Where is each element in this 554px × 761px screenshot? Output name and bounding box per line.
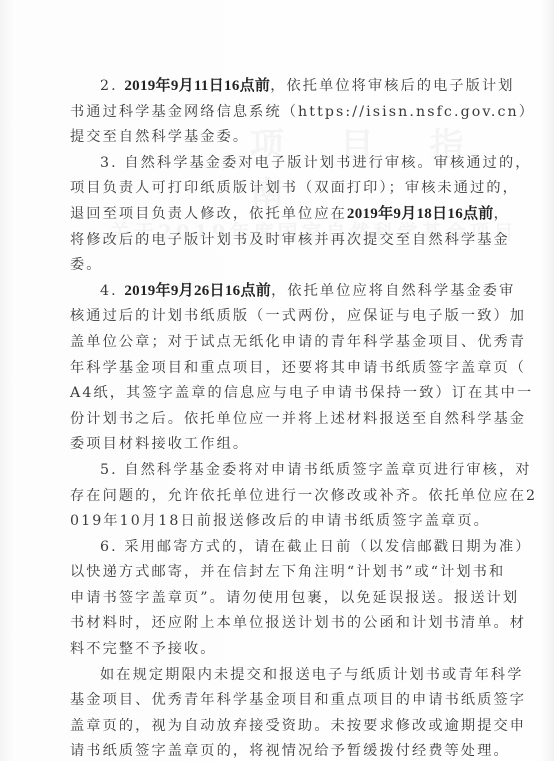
text-line: 盖章页的，视为自动放弃接受资助。未按要求修改或逾期提交申 [70, 714, 475, 740]
text-line: 申请书签字盖章页”。请勿使用包裹，以免延误报送。报送计划 [70, 586, 475, 612]
text-line: 3. 自然科学基金委对电子版计划书进行审核。审核通过的， [70, 151, 475, 177]
paragraph-item-5: 5. 自然科学基金委将对申请书纸质签字盖章页进行审核，对 存在问题的，允许依托单… [70, 458, 475, 535]
deadline-date: 2019年9月18日16点前 [347, 206, 494, 222]
paragraph-item-2: 2. 2019年9月11日16点前，依托单位将审核后的电子版计划 书通过科学基金… [70, 74, 475, 151]
text-line: 019年10月18日前报送修改后的申请书纸质签字盖章页。 [70, 509, 475, 535]
text-line: 盖单位公章；对于试点无纸化申请的青年科学基金项目、优秀青 [70, 330, 475, 356]
text-line: A4纸，其签字盖章的信息应与电子申请书保持一致）订在其中一 [70, 381, 475, 407]
text-line: 份计划书之后。依托单位应一并将上述材料报送至自然科学基金 [70, 407, 475, 433]
line-text: ， [494, 206, 510, 222]
text-line: 请书纸质签字盖章页的，将视情况给予暂缓拨付经费等处理。 [70, 739, 475, 761]
text-line: 年科学基金项目和重点项目，还要将其申请书纸质签字盖章页（ [70, 356, 475, 382]
text-line: 存在问题的，允许依托单位进行一次修改或补齐。依托单位应在2 [70, 484, 475, 510]
item-number: 4. [100, 283, 124, 299]
text-line: 委。 [70, 253, 475, 279]
deadline-date: 2019年9月11日16点前 [124, 78, 270, 94]
text-line: 提交至自然科学基金委。 [70, 125, 475, 151]
text-line: 书材料时，还应附上本单位报送计划书的公函和计划书清单。材 [70, 611, 475, 637]
paragraph-item-6: 6. 采用邮寄方式的，请在截止日前（以发信邮戳日期为准） 以快递方式邮寄，并在信… [70, 535, 475, 663]
text-line: 项目负责人可打印纸质版计划书（双面打印）；审核未通过的， [70, 176, 475, 202]
text-line: 基金项目、优秀青年科学基金项目和重点项目的申请书纸质签字 [70, 688, 475, 714]
text-line: 退回至项目负责人修改，依托单位应在2019年9月18日16点前， [70, 202, 475, 228]
line-text: 退回至项目负责人修改，依托单位应在 [70, 206, 347, 222]
text-line: 委项目材料接收工作组。 [70, 432, 475, 458]
text-line: 如在规定期限内未提交和报送电子与纸质计划书或青年科学 [70, 663, 475, 689]
text-line: 4. 2019年9月26日16点前，依托单位应将自然科学基金委审 [70, 279, 475, 305]
deadline-date: 2019年9月26日16点前 [124, 283, 271, 299]
text-line: 将修改后的电子版计划书及时审核并再次提交至自然科学基金 [70, 228, 475, 254]
line-text: ，依托单位应将自然科学基金委审 [271, 283, 515, 299]
paragraph-closing: 如在规定期限内未提交和报送电子与纸质计划书或青年科学 基金项目、优秀青年科学基金… [70, 663, 475, 761]
item-number: 2. [100, 78, 124, 94]
scanned-page: 项 目 指 南 关于2019年度国家自然科学基金项目 2. 2019年9月11日… [0, 0, 554, 761]
text-line: 核通过后的计划书纸质版（一式两份，应保证与电子版一致）加 [70, 304, 475, 330]
text-line: 2. 2019年9月11日16点前，依托单位将审核后的电子版计划 [70, 74, 475, 100]
text-line: 5. 自然科学基金委将对申请书纸质签字盖章页进行审核，对 [70, 458, 475, 484]
paragraph-item-3: 3. 自然科学基金委对电子版计划书进行审核。审核通过的， 项目负责人可打印纸质版… [70, 151, 475, 279]
text-line: 以快递方式邮寄，并在信封左下角注明“计划书”或“计划书和 [70, 560, 475, 586]
text-line: 书通过科学基金网络信息系统（https://isisn.nsfc.gov.cn） [70, 100, 475, 126]
text-line: 料不完整不予接收。 [70, 637, 475, 663]
line-text: ，依托单位将审核后的电子版计划 [270, 78, 514, 94]
text-line: 6. 采用邮寄方式的，请在截止日前（以发信邮戳日期为准） [70, 535, 475, 561]
document-body: 2. 2019年9月11日16点前，依托单位将审核后的电子版计划 书通过科学基金… [70, 74, 475, 761]
paragraph-item-4: 4. 2019年9月26日16点前，依托单位应将自然科学基金委审 核通过后的计划… [70, 279, 475, 458]
